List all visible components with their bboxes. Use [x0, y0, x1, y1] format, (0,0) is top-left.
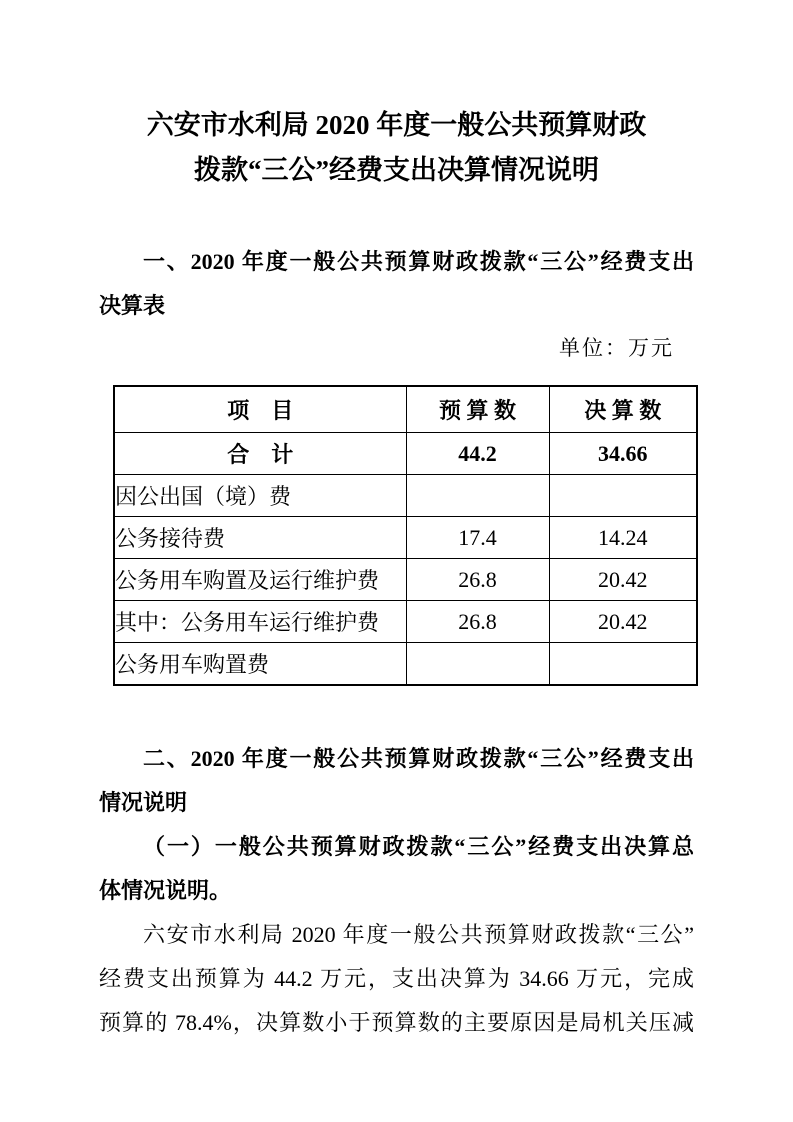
table-row-vehicle-total: 公务用车购置及运行维护费 26.8 20.42 — [114, 559, 697, 601]
header-budget: 预 算 数 — [406, 386, 549, 433]
cell-item: 公务接待费 — [114, 517, 406, 559]
cell-final: 34.66 — [549, 433, 697, 475]
cell-item: 因公出国（境）费 — [114, 475, 406, 517]
table-row-total: 合 计 44.2 34.66 — [114, 433, 697, 475]
section2-subheading: （一）一般公共预算财政拨款“三公”经费支出决算总 体情况说明。 — [99, 825, 694, 913]
document-title-line-1: 六安市水利局 2020 年度一般公共预算财政 — [99, 103, 694, 148]
header-item: 项 目 — [114, 386, 406, 433]
document-title-line-2: 拨款“三公”经费支出决算情况说明 — [99, 148, 694, 193]
table-row-vehicle-purchase: 公务用车购置费 — [114, 643, 697, 686]
table-row-vehicle-operation: 其中：公务用车运行维护费 26.8 20.42 — [114, 601, 697, 643]
cell-budget: 26.8 — [406, 559, 549, 601]
section1-heading-line-2: 决算表 — [99, 284, 694, 328]
cell-final: 20.42 — [549, 559, 697, 601]
cell-budget — [406, 643, 549, 686]
cell-final — [549, 643, 697, 686]
table-row-reception: 公务接待费 17.4 14.24 — [114, 517, 697, 559]
cell-item: 公务用车购置费 — [114, 643, 406, 686]
section2-subheading-line-1: （一）一般公共预算财政拨款“三公”经费支出决算总 — [99, 825, 694, 869]
section2-subheading-line-2: 体情况说明。 — [99, 869, 694, 913]
section1-heading: 一、2020 年度一般公共预算财政拨款“三公”经费支出 决算表 — [99, 240, 694, 328]
cell-budget: 44.2 — [406, 433, 549, 475]
section2-heading-line-2: 情况说明 — [99, 781, 694, 825]
cell-item: 其中：公务用车运行维护费 — [114, 601, 406, 643]
section2-paragraph: 六安市水利局 2020 年度一般公共预算财政拨款“三公” 经费支出预算为 44.… — [99, 913, 694, 1045]
cell-budget: 26.8 — [406, 601, 549, 643]
cell-item: 合 计 — [114, 433, 406, 475]
paragraph-line-2: 经费支出预算为 44.2 万元，支出决算为 34.66 万元，完成 — [99, 957, 694, 1001]
document-title: 六安市水利局 2020 年度一般公共预算财政 拨款“三公”经费支出决算情况说明 — [99, 103, 694, 193]
section2-heading-line-1: 二、2020 年度一般公共预算财政拨款“三公”经费支出 — [99, 737, 694, 781]
section2-heading: 二、2020 年度一般公共预算财政拨款“三公”经费支出 情况说明 — [99, 737, 694, 825]
table-header-row: 项 目 预 算 数 决 算 数 — [114, 386, 697, 433]
cell-budget: 17.4 — [406, 517, 549, 559]
table-row-abroad: 因公出国（境）费 — [114, 475, 697, 517]
header-final: 决 算 数 — [549, 386, 697, 433]
paragraph-line-1: 六安市水利局 2020 年度一般公共预算财政拨款“三公” — [99, 913, 694, 957]
cell-budget — [406, 475, 549, 517]
section1-heading-line-1: 一、2020 年度一般公共预算财政拨款“三公”经费支出 — [99, 240, 694, 284]
cell-item: 公务用车购置及运行维护费 — [114, 559, 406, 601]
unit-label: 单位：万元 — [99, 328, 694, 368]
paragraph-line-3: 预算的 78.4%，决算数小于预算数的主要原因是局机关压减 — [99, 1001, 694, 1045]
cell-final: 20.42 — [549, 601, 697, 643]
cell-final: 14.24 — [549, 517, 697, 559]
document-page: 六安市水利局 2020 年度一般公共预算财政 拨款“三公”经费支出决算情况说明 … — [0, 0, 793, 1122]
cell-final — [549, 475, 697, 517]
sangong-expense-table: 项 目 预 算 数 决 算 数 合 计 44.2 34.66 因公出国（境）费 … — [113, 385, 698, 686]
